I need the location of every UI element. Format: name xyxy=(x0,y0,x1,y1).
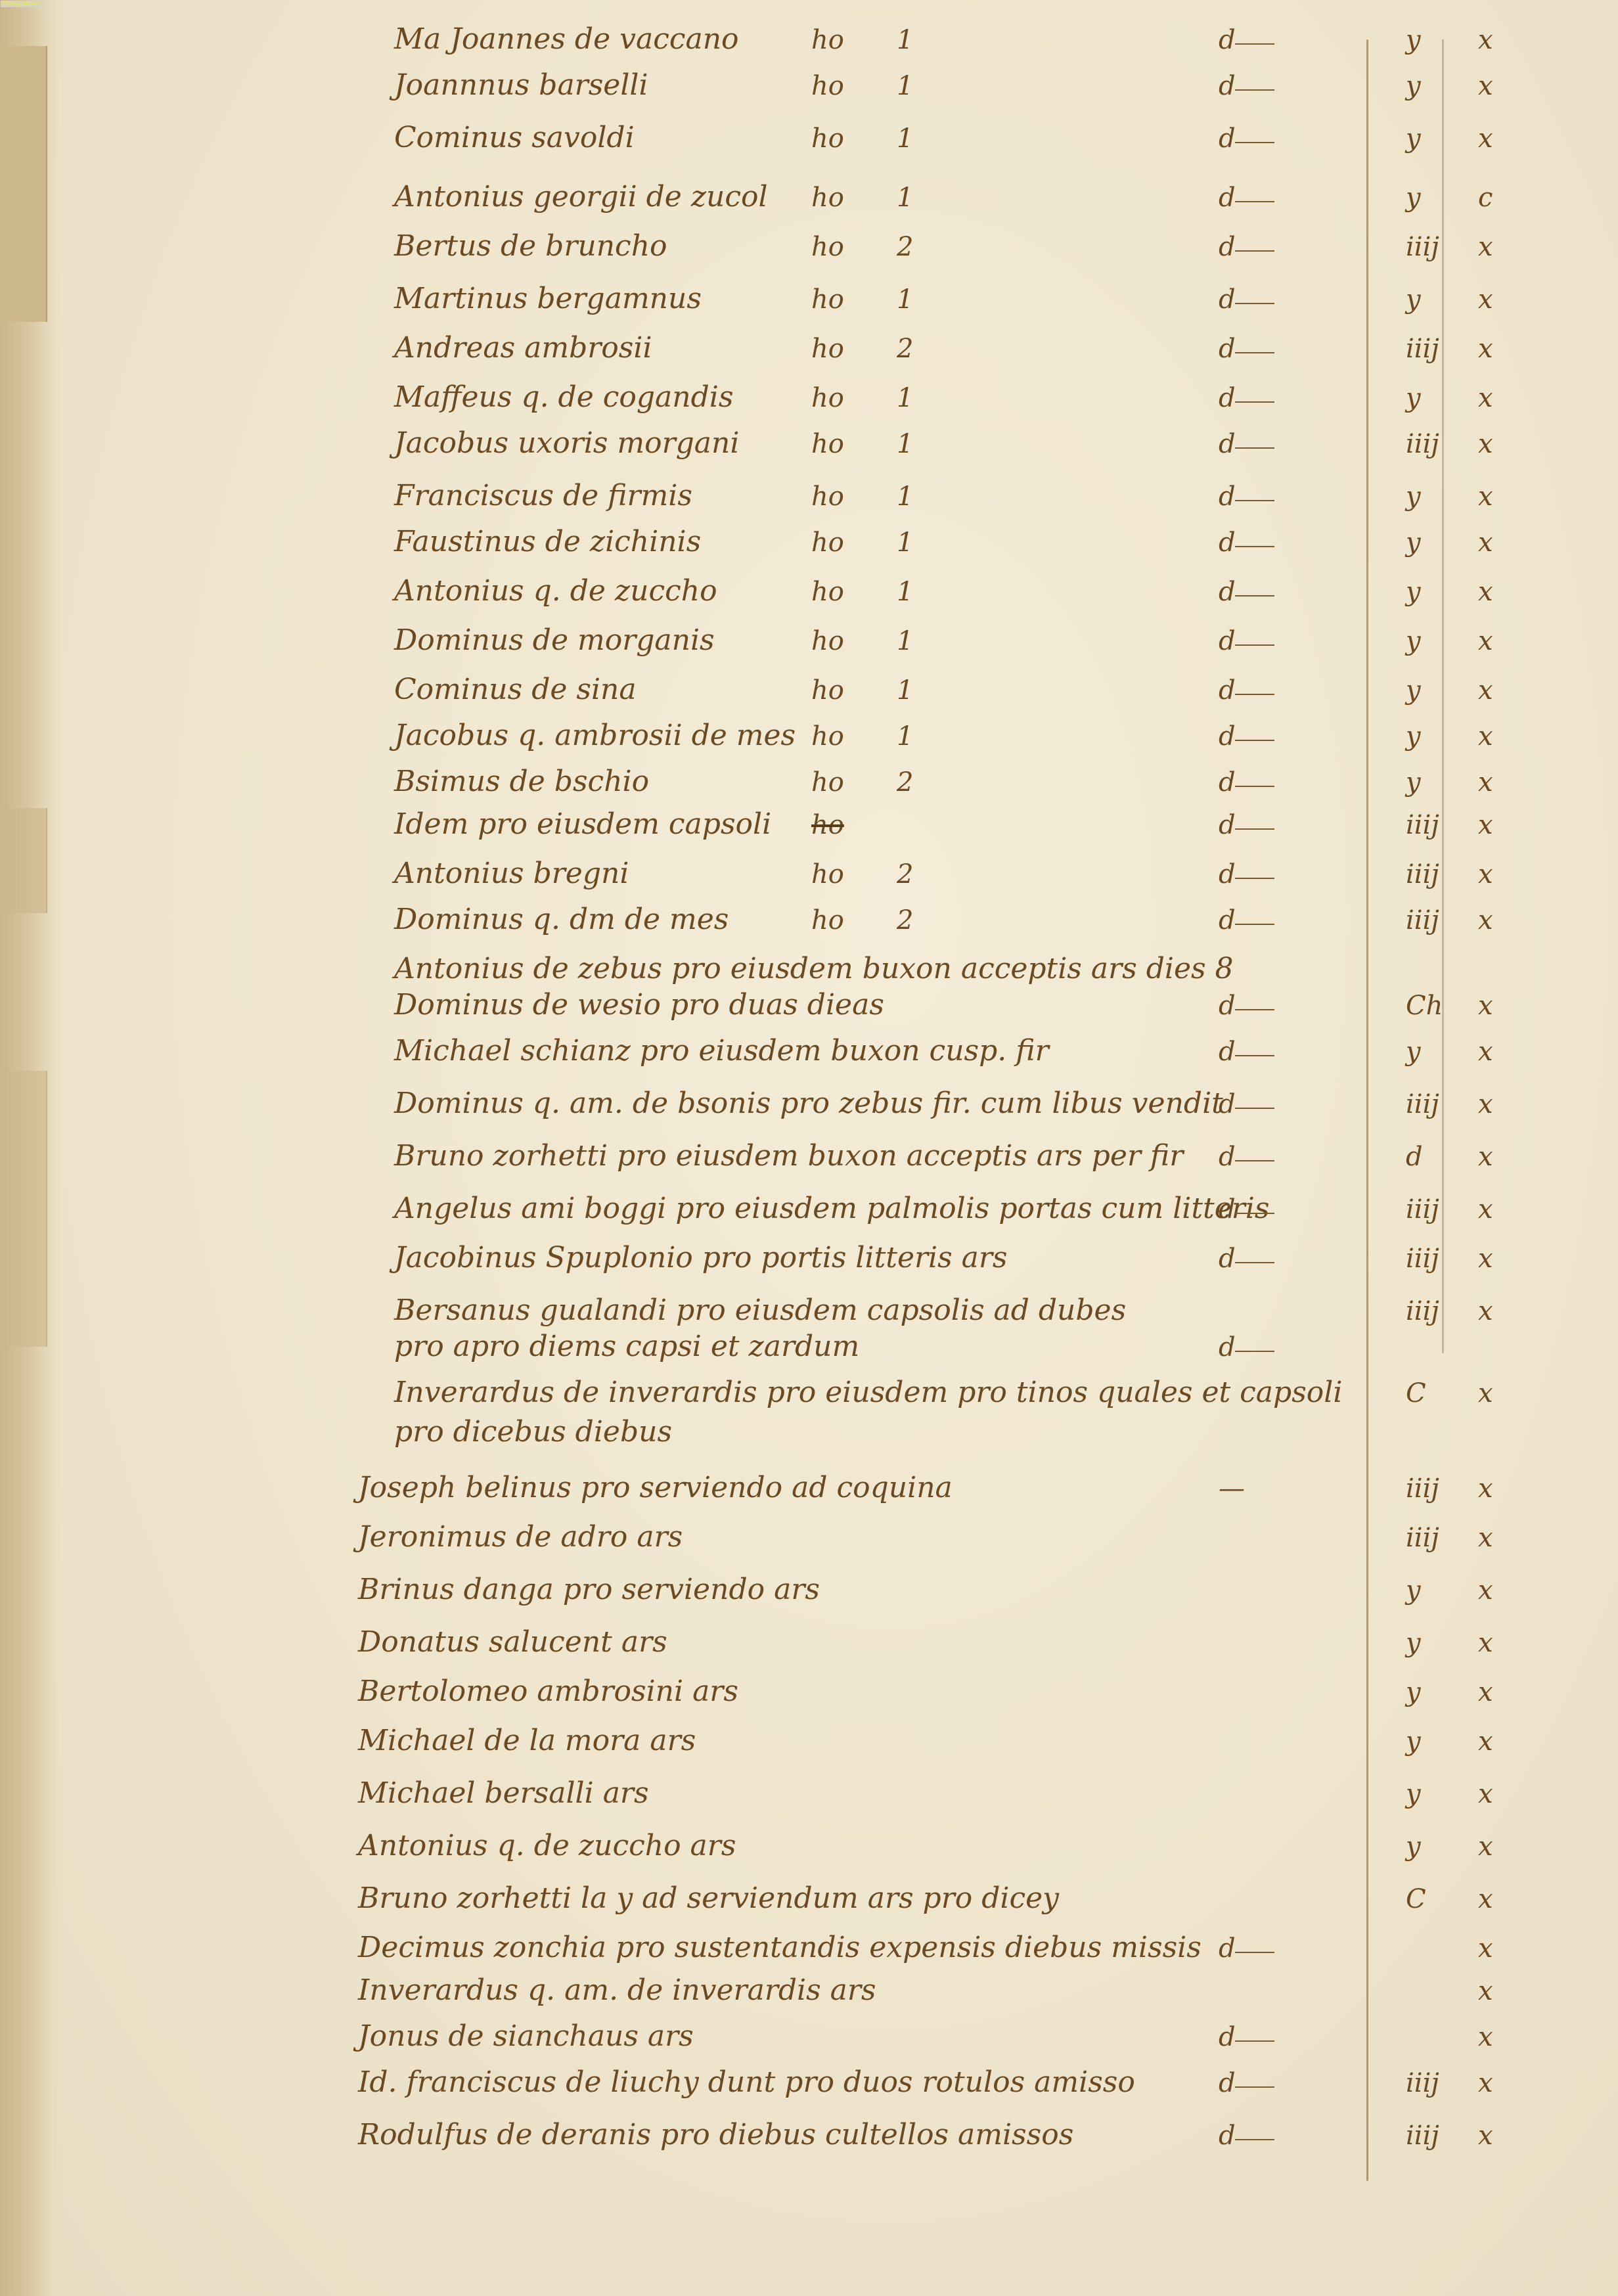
mark-dash-line xyxy=(1235,500,1274,501)
entry-count: 2 xyxy=(897,905,913,935)
denarius-mark-icon: d xyxy=(1219,528,1236,558)
mark-dash-line xyxy=(1235,1009,1274,1010)
mark-dash-line xyxy=(1235,1108,1274,1109)
denarius-mark-icon: d xyxy=(1219,859,1236,889)
roman-numeral: y xyxy=(1406,1832,1421,1862)
roman-numeral: C xyxy=(1406,1378,1426,1408)
roman-numeral: y xyxy=(1406,482,1421,512)
roman-numeral: iiij xyxy=(1406,2121,1439,2151)
entry-ho-mark: ho xyxy=(811,482,844,512)
roman-numeral: y xyxy=(1406,1575,1421,1606)
denarius-mark-icon: d xyxy=(1219,721,1236,752)
cross-mark-icon: x xyxy=(1478,810,1493,840)
entry-name: Bersanus gualandi pro eiusdem capsolis a… xyxy=(394,1294,1126,1327)
roman-numeral: y xyxy=(1406,767,1421,798)
entry-count: 1 xyxy=(897,284,913,315)
entry-name: Bertolomeo ambrosini ars xyxy=(358,1675,738,1708)
denarius-mark-icon: d xyxy=(1219,905,1236,935)
entry-ho-mark: ho xyxy=(811,124,844,154)
mark-dash-line xyxy=(1235,1213,1274,1214)
cross-mark-icon: x xyxy=(1478,859,1493,889)
entry-name: Antonius q. de zuccho xyxy=(394,575,717,608)
roman-numeral: y xyxy=(1406,1726,1421,1757)
cross-mark-icon: x xyxy=(1478,25,1493,55)
denarius-mark-icon: d xyxy=(1219,626,1236,656)
cross-mark-icon: x xyxy=(1478,1976,1493,2006)
entry-name: pro dicebus diebus xyxy=(394,1416,672,1449)
mark-dash-line xyxy=(1235,546,1274,547)
entry-name: Cominus savoldi xyxy=(394,122,635,154)
denarius-mark-icon: d xyxy=(1219,1194,1236,1225)
cross-mark-icon: x xyxy=(1478,383,1493,413)
denarius-mark-icon: d xyxy=(1219,1332,1236,1362)
manuscript-page: Unregistered Ma Joannes de vaccanoho1dyx… xyxy=(0,0,1618,2296)
mark-dash-line xyxy=(1235,786,1274,787)
entry-name: Jacobinus Spuplonio pro portis litteris … xyxy=(394,1242,1008,1274)
cross-mark-icon: x xyxy=(1478,1726,1493,1757)
cross-mark-icon: x xyxy=(1478,767,1493,798)
roman-numeral: d xyxy=(1406,1142,1423,1172)
cross-mark-icon: x xyxy=(1478,232,1493,262)
mark-dash-line xyxy=(1235,447,1274,449)
entry-count: 1 xyxy=(897,25,913,55)
entry-name: Angelus ami boggi pro eiusdem palmolis p… xyxy=(394,1192,1269,1225)
denarius-mark-icon: — xyxy=(1219,1474,1245,1504)
cross-mark-icon: x xyxy=(1478,2022,1493,2052)
mark-dash-line xyxy=(1235,878,1274,879)
entry-name: Franciscus de firmis xyxy=(394,480,692,512)
roman-numeral: iiij xyxy=(1406,1244,1439,1274)
cross-mark-icon: x xyxy=(1478,482,1493,512)
mark-dash-line xyxy=(1235,828,1274,830)
cross-mark-icon: x xyxy=(1478,2068,1493,2098)
entry-name: Inverardus q. am. de inverardis ars xyxy=(358,1974,876,2007)
denarius-mark-icon: d xyxy=(1219,1933,1236,1964)
entry-count: 1 xyxy=(897,721,913,752)
roman-numeral: y xyxy=(1406,1628,1421,1658)
mark-dash-line xyxy=(1235,2040,1274,2042)
entry-name: Cominus de sina xyxy=(394,673,637,706)
ledger-column-rule xyxy=(1366,39,1368,2181)
entry-name: Michael schianz pro eiusdem buxon cusp. … xyxy=(394,1035,1049,1068)
denarius-mark-icon: d xyxy=(1219,991,1236,1021)
denarius-mark-icon: d xyxy=(1219,183,1236,213)
entry-name: Id. franciscus de liuchy dunt pro duos r… xyxy=(358,2066,1135,2099)
entry-ho-mark: ho xyxy=(811,232,844,262)
entry-name: pro apro diems capsi et zardum xyxy=(394,1330,859,1363)
entry-name: Antonius georgii de zucol xyxy=(394,181,768,214)
mark-dash-line xyxy=(1235,1351,1274,1352)
roman-numeral: y xyxy=(1406,626,1421,656)
paper-repair-strip xyxy=(0,46,47,322)
entry-ho-mark: ho xyxy=(811,71,844,101)
cross-mark-icon: x xyxy=(1478,1628,1493,1658)
roman-numeral: iiij xyxy=(1406,1523,1439,1553)
roman-numeral: y xyxy=(1406,284,1421,315)
entry-name: Ma Joannes de vaccano xyxy=(394,23,739,56)
entry-name: Martinus bergamnus xyxy=(394,282,702,315)
cross-mark-icon: x xyxy=(1478,1244,1493,1274)
cross-mark-icon: x xyxy=(1478,2121,1493,2151)
cross-mark-icon: x xyxy=(1478,124,1493,154)
entry-name: Joannnus barselli xyxy=(394,69,648,102)
entry-name: Inverardus de inverardis pro eiusdem pro… xyxy=(394,1376,1342,1409)
entry-name: Jacobus uxoris morgani xyxy=(394,427,739,460)
entry-name: Antonius bregni xyxy=(394,857,629,890)
entry-name: Andreas ambrosii xyxy=(394,332,652,365)
entry-name: Michael bersalli ars xyxy=(358,1777,649,1810)
entry-name: Antonius q. de zuccho ars xyxy=(358,1830,736,1862)
cross-mark-icon: x xyxy=(1478,905,1493,935)
mark-dash-line xyxy=(1235,2139,1274,2140)
roman-numeral: iiij xyxy=(1406,810,1439,840)
entry-ho-mark: ho xyxy=(811,767,844,798)
denarius-mark-icon: d xyxy=(1219,577,1236,607)
entry-name: Bertus de bruncho xyxy=(394,230,667,263)
denarius-mark-icon: d xyxy=(1219,124,1236,154)
entry-ho-mark: ho xyxy=(811,810,844,840)
mark-dash-line xyxy=(1235,89,1274,91)
roman-numeral: iiij xyxy=(1406,429,1439,459)
denarius-mark-icon: d xyxy=(1219,71,1236,101)
entry-count: 1 xyxy=(897,71,913,101)
roman-numeral: iiij xyxy=(1406,1089,1439,1119)
entry-count: 1 xyxy=(897,383,913,413)
roman-numeral: y xyxy=(1406,1037,1421,1067)
paper-repair-strip xyxy=(0,808,47,913)
mark-dash-line xyxy=(1235,1160,1274,1161)
mark-dash-line xyxy=(1235,401,1274,403)
roman-numeral: iiij xyxy=(1406,1474,1439,1504)
entry-name: Brinus danga pro serviendo ars xyxy=(358,1573,820,1606)
entry-name: Jonus de sianchaus ars xyxy=(358,2020,694,2053)
roman-numeral: iiij xyxy=(1406,905,1439,935)
entry-count: 1 xyxy=(897,482,913,512)
roman-numeral: y xyxy=(1406,721,1421,752)
mark-dash-line xyxy=(1235,595,1274,597)
roman-numeral: C xyxy=(1406,1884,1426,1914)
entry-name: Joseph belinus pro serviendo ad coquina xyxy=(358,1472,953,1504)
entry-name: Dominus q. am. de bsonis pro zebus fir. … xyxy=(394,1087,1223,1120)
mark-dash-line xyxy=(1235,201,1274,202)
entry-ho-mark: ho xyxy=(811,626,844,656)
cross-mark-icon: x xyxy=(1478,1575,1493,1606)
roman-numeral: y xyxy=(1406,383,1421,413)
denarius-mark-icon: d xyxy=(1219,675,1236,706)
roman-numeral: y xyxy=(1406,1677,1421,1707)
denarius-mark-icon: d xyxy=(1219,429,1236,459)
roman-numeral: iiij xyxy=(1406,232,1439,262)
entry-ho-mark: ho xyxy=(811,675,844,706)
mark-dash-line xyxy=(1235,740,1274,741)
cross-mark-icon: x xyxy=(1478,626,1493,656)
cross-mark-icon: c xyxy=(1478,183,1493,213)
cross-mark-icon: x xyxy=(1478,1194,1493,1225)
entry-count: 2 xyxy=(897,767,913,798)
entry-name: Idem pro eiusdem capsoli xyxy=(394,808,771,841)
mark-dash-line xyxy=(1235,694,1274,695)
entry-ho-mark: ho xyxy=(811,721,844,752)
cross-mark-icon: x xyxy=(1478,1296,1493,1326)
entry-name: Jacobus q. ambrosii de mes xyxy=(394,719,796,752)
entry-name: Dominus q. dm de mes xyxy=(394,903,729,936)
cross-mark-icon: x xyxy=(1478,1378,1493,1408)
ledger-column-rule xyxy=(1442,39,1444,1353)
cross-mark-icon: x xyxy=(1478,334,1493,364)
cross-mark-icon: x xyxy=(1478,1884,1493,1914)
entry-ho-mark: ho xyxy=(811,334,844,364)
entry-count: 1 xyxy=(897,429,913,459)
denarius-mark-icon: d xyxy=(1219,334,1236,364)
entry-count: 2 xyxy=(897,859,913,889)
entry-ho-mark: ho xyxy=(811,183,844,213)
denarius-mark-icon: d xyxy=(1219,1089,1236,1119)
entry-count: 2 xyxy=(897,334,913,364)
entry-count: 1 xyxy=(897,183,913,213)
cross-mark-icon: x xyxy=(1478,1089,1493,1119)
cross-mark-icon: x xyxy=(1478,577,1493,607)
entry-ho-mark: ho xyxy=(811,383,844,413)
denarius-mark-icon: d xyxy=(1219,2121,1236,2151)
roman-numeral: Ch xyxy=(1406,991,1443,1021)
denarius-mark-icon: d xyxy=(1219,1142,1236,1172)
cross-mark-icon: x xyxy=(1478,1933,1493,1964)
mark-dash-line xyxy=(1235,1262,1274,1263)
mark-dash-line xyxy=(1235,303,1274,304)
roman-numeral: y xyxy=(1406,577,1421,607)
cross-mark-icon: x xyxy=(1478,429,1493,459)
entry-name: Jeronimus de adro ars xyxy=(358,1521,683,1554)
denarius-mark-icon: d xyxy=(1219,284,1236,315)
entry-name: Rodulfus de deranis pro diebus cultellos… xyxy=(358,2119,1073,2151)
entry-count: 1 xyxy=(897,124,913,154)
mark-dash-line xyxy=(1235,250,1274,252)
mark-dash-line xyxy=(1235,924,1274,925)
cross-mark-icon: x xyxy=(1478,991,1493,1021)
cross-mark-icon: x xyxy=(1478,1037,1493,1067)
roman-numeral: iiij xyxy=(1406,859,1439,889)
cross-mark-icon: x xyxy=(1478,1142,1493,1172)
entry-name: Decimus zonchia pro sustentandis expensi… xyxy=(358,1931,1202,1964)
cross-mark-icon: x xyxy=(1478,721,1493,752)
entry-ho-mark: ho xyxy=(811,905,844,935)
unregistered-watermark: Unregistered xyxy=(1,1,43,7)
denarius-mark-icon: d xyxy=(1219,1244,1236,1274)
denarius-mark-icon: d xyxy=(1219,810,1236,840)
entry-name: Maffeus q. de cogandis xyxy=(394,381,733,414)
mark-dash-line xyxy=(1235,644,1274,646)
entry-count: 1 xyxy=(897,626,913,656)
cross-mark-icon: x xyxy=(1478,1832,1493,1862)
roman-numeral: iiij xyxy=(1406,2068,1439,2098)
entry-count: 2 xyxy=(897,232,913,262)
roman-numeral: y xyxy=(1406,124,1421,154)
entry-ho-mark: ho xyxy=(811,859,844,889)
denarius-mark-icon: d xyxy=(1219,232,1236,262)
roman-numeral: y xyxy=(1406,183,1421,213)
cross-mark-icon: x xyxy=(1478,528,1493,558)
cross-mark-icon: x xyxy=(1478,1677,1493,1707)
denarius-mark-icon: d xyxy=(1219,2022,1236,2052)
denarius-mark-icon: d xyxy=(1219,767,1236,798)
roman-numeral: iiij xyxy=(1406,334,1439,364)
entry-count: 1 xyxy=(897,528,913,558)
entry-ho-mark: ho xyxy=(811,284,844,315)
entry-name: Bruno zorhetti pro eiusdem buxon accepti… xyxy=(394,1140,1183,1173)
roman-numeral: iiij xyxy=(1406,1194,1439,1225)
entry-name: Donatus salucent ars xyxy=(358,1626,667,1659)
entry-count: 1 xyxy=(897,577,913,607)
mark-dash-line xyxy=(1235,352,1274,353)
entry-ho-mark: ho xyxy=(811,429,844,459)
roman-numeral: y xyxy=(1406,675,1421,706)
entry-name: Dominus de morganis xyxy=(394,624,715,657)
denarius-mark-icon: d xyxy=(1219,383,1236,413)
entry-name: Antonius de zebus pro eiusdem buxon acce… xyxy=(394,953,1234,985)
roman-numeral: iiij xyxy=(1406,1296,1439,1326)
mark-dash-line xyxy=(1235,2086,1274,2088)
entry-name: Michael de la mora ars xyxy=(358,1724,696,1757)
roman-numeral: y xyxy=(1406,528,1421,558)
denarius-mark-icon: d xyxy=(1219,25,1236,55)
entry-ho-mark: ho xyxy=(811,577,844,607)
mark-dash-line xyxy=(1235,1952,1274,1953)
roman-numeral: y xyxy=(1406,25,1421,55)
entry-name: Bruno zorhetti la y ad serviendum ars pr… xyxy=(358,1882,1059,1915)
entry-ho-mark: ho xyxy=(811,528,844,558)
cross-mark-icon: x xyxy=(1478,675,1493,706)
entry-count: 1 xyxy=(897,675,913,706)
entry-name: Dominus de wesio pro duas dieas xyxy=(394,989,884,1022)
mark-dash-line xyxy=(1235,1055,1274,1056)
denarius-mark-icon: d xyxy=(1219,2068,1236,2098)
entry-ho-mark: ho xyxy=(811,25,844,55)
mark-dash-line xyxy=(1235,142,1274,143)
paper-repair-strip xyxy=(0,1071,47,1347)
roman-numeral: y xyxy=(1406,71,1421,101)
denarius-mark-icon: d xyxy=(1219,1037,1236,1067)
entry-name: Bsimus de bschio xyxy=(394,765,649,798)
cross-mark-icon: x xyxy=(1478,1523,1493,1553)
cross-mark-icon: x xyxy=(1478,1779,1493,1809)
mark-dash-line xyxy=(1235,43,1274,45)
roman-numeral: y xyxy=(1406,1779,1421,1809)
cross-mark-icon: x xyxy=(1478,1474,1493,1504)
entry-name: Faustinus de zichinis xyxy=(394,526,701,558)
cross-mark-icon: x xyxy=(1478,284,1493,315)
cross-mark-icon: x xyxy=(1478,71,1493,101)
denarius-mark-icon: d xyxy=(1219,482,1236,512)
